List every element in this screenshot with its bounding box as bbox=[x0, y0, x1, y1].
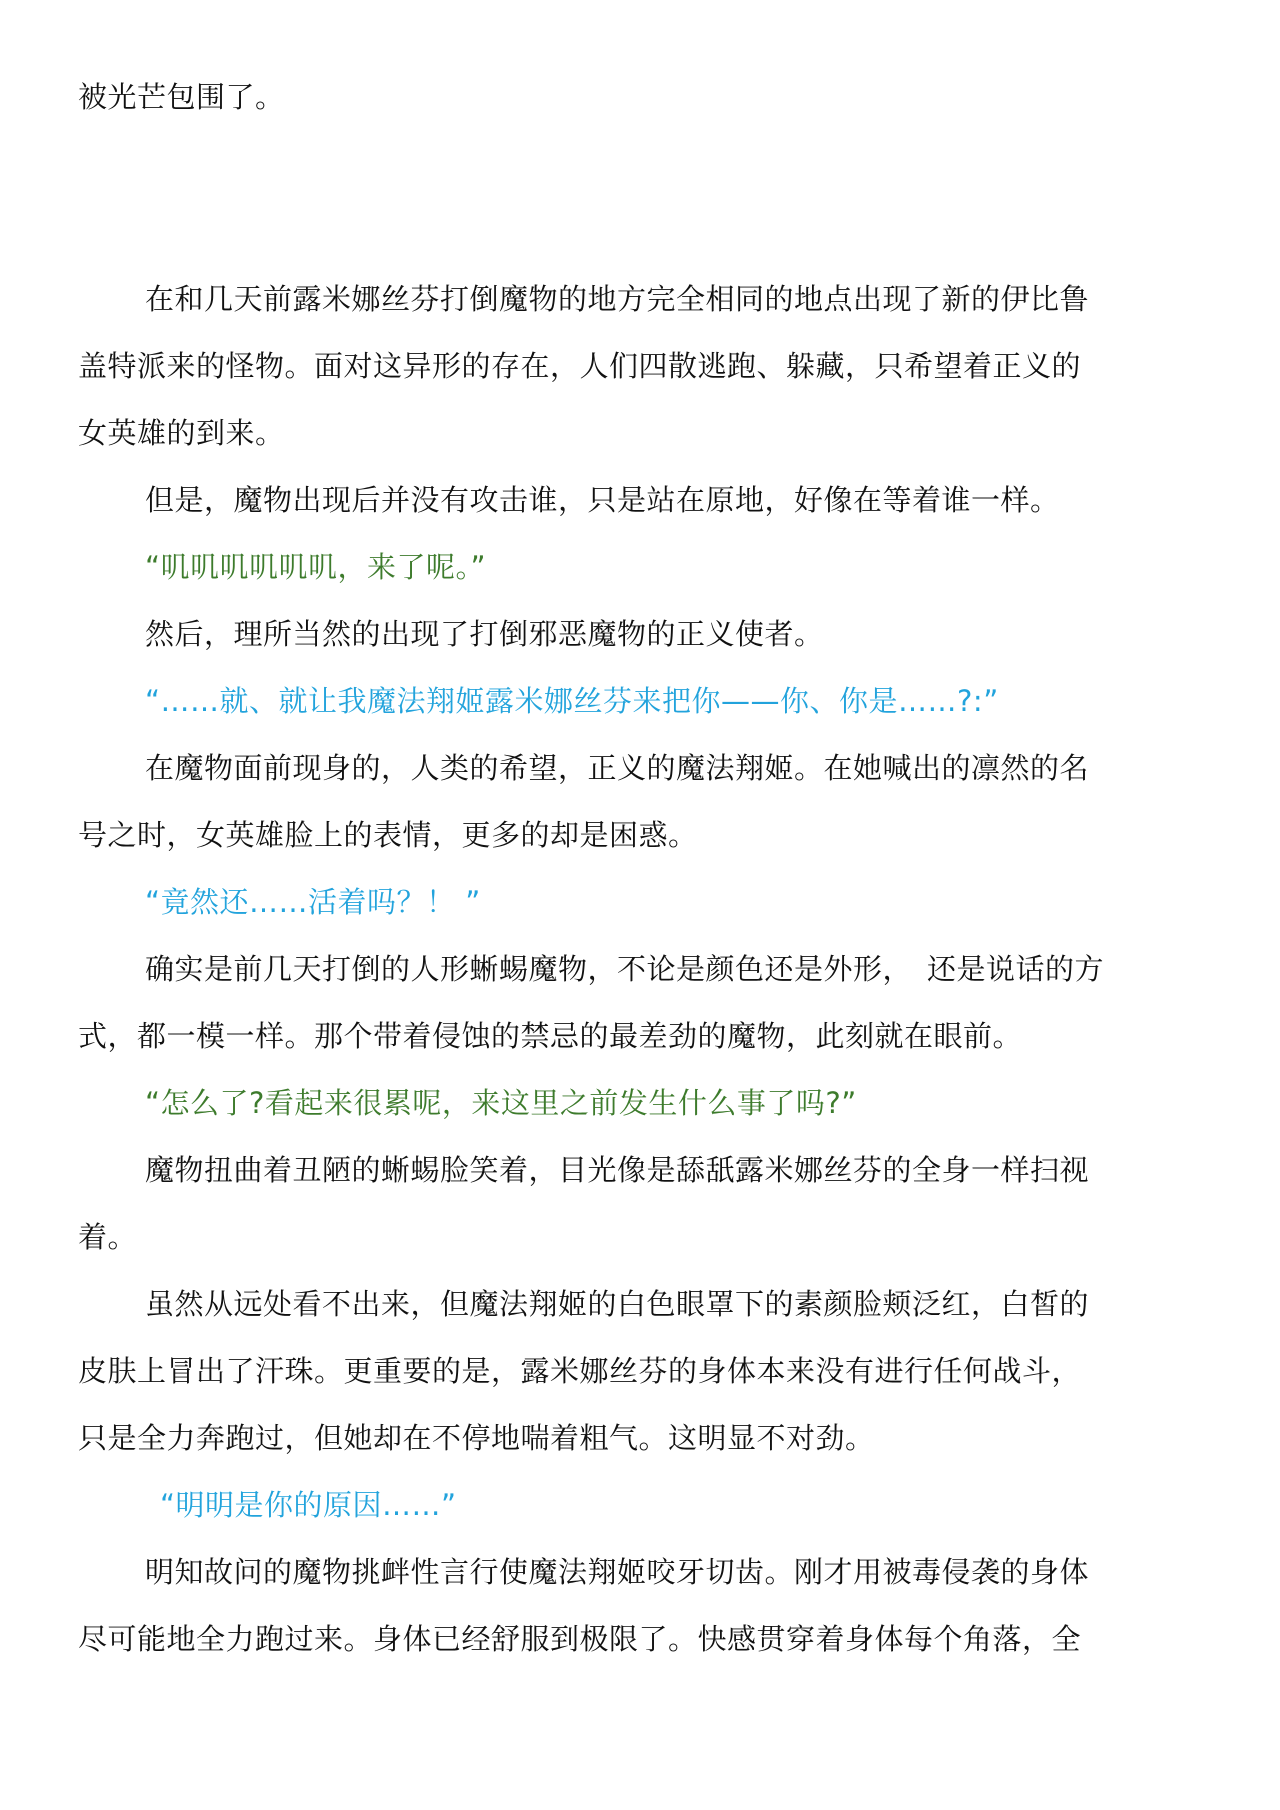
paragraph-line: 女英雄的到来。 bbox=[78, 413, 285, 453]
paragraph-line: 魔物扭曲着丑陋的蜥蜴脸笑着，目光像是舔舐露米娜丝芬的全身一样扫视 bbox=[145, 1150, 1089, 1190]
paragraph-line: 但是，魔物出现后并没有攻击谁，只是站在原地，好像在等着谁一样。 bbox=[145, 480, 1060, 520]
paragraph-line: 然后，理所当然的出现了打倒邪恶魔物的正义使者。 bbox=[145, 614, 824, 654]
text-line: 被光芒包围了。 bbox=[78, 77, 285, 117]
paragraph-line: 尽可能地全力跑过来。身体已经舒服到极限了。快感贯穿着身体每个角落，全 bbox=[78, 1619, 1081, 1659]
monster-dialogue: “叽叽叽叽叽叽，来了呢。” bbox=[145, 547, 486, 587]
paragraph-line: 确实是前几天打倒的人形蜥蜴魔物，不论是颜色还是外形， 还是说话的方 bbox=[145, 949, 1104, 989]
paragraph-line: 在魔物面前现身的，人类的希望，正义的魔法翔姬。在她喊出的凛然的名 bbox=[145, 748, 1089, 788]
paragraph-line: 明知故问的魔物挑衅性言行使魔法翔姬咬牙切齿。刚才用被毒侵袭的身体 bbox=[145, 1552, 1089, 1592]
document-page: 被光芒包围了。 在和几天前露米娜丝芬打倒魔物的地方完全相同的地点出现了新的伊比鲁… bbox=[0, 0, 1280, 1810]
paragraph-line: 虽然从远处看不出来，但魔法翔姬的白色眼罩下的素颜脸颊泛红，白皙的 bbox=[145, 1284, 1089, 1324]
monster-dialogue: “怎么了?看起来很累呢，来这里之前发生什么事了吗?” bbox=[145, 1083, 857, 1123]
heroine-dialogue: “明明是你的原因……” bbox=[160, 1485, 457, 1525]
heroine-dialogue: “……就、就让我魔法翔姬露米娜丝芬来把你——你、你是……?:” bbox=[145, 681, 999, 721]
paragraph-line: 着。 bbox=[78, 1217, 137, 1257]
paragraph-line: 号之时，女英雄脸上的表情，更多的却是困惑。 bbox=[78, 815, 698, 855]
heroine-dialogue: “竟然还……活着吗？！ ” bbox=[145, 882, 481, 922]
paragraph-line: 在和几天前露米娜丝芬打倒魔物的地方完全相同的地点出现了新的伊比鲁 bbox=[145, 279, 1089, 319]
paragraph-line: 只是全力奔跑过，但她却在不停地喘着粗气。这明显不对劲。 bbox=[78, 1418, 875, 1458]
paragraph-line: 式，都一模一样。那个带着侵蚀的禁忌的最差劲的魔物，此刻就在眼前。 bbox=[78, 1016, 1022, 1056]
paragraph-line: 皮肤上冒出了汗珠。更重要的是，露米娜丝芬的身体本来没有进行任何战斗， bbox=[78, 1351, 1081, 1391]
paragraph-line: 盖特派来的怪物。面对这异形的存在，人们四散逃跑、躲藏，只希望着正义的 bbox=[78, 346, 1081, 386]
